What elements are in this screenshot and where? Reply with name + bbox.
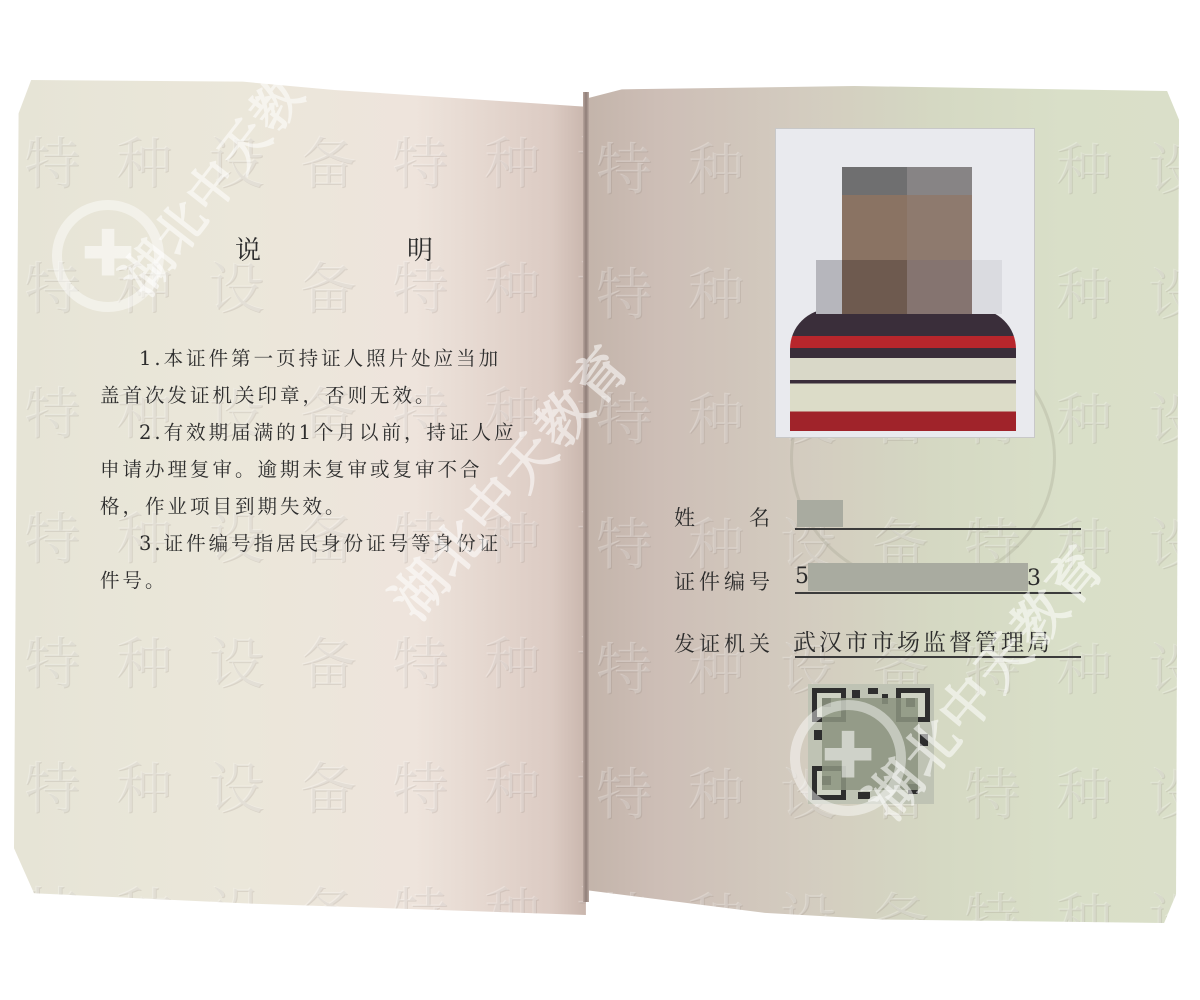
pattern-char: 种 [688,876,744,928]
pattern-char: 种 [688,251,744,331]
pattern-char: 设 [1148,251,1182,331]
name-field: 姓 名 [674,502,792,532]
pattern-char: 特 [964,876,1020,928]
pattern-char: 特 [392,745,448,825]
pattern-char: 种 [688,376,744,456]
page-title: 说 明 [235,230,493,267]
pattern-char: 特 [392,620,448,700]
pattern-char: 设 [1148,376,1182,456]
pattern-char: 特 [596,876,652,928]
pattern-char: 特 [596,751,652,831]
pattern-char: 种 [688,751,744,831]
pattern-char: 特 [24,870,80,915]
pattern-char: 特 [24,120,80,200]
pattern-char: 种 [688,126,744,206]
booklet-spine [583,92,589,902]
pattern-char: 设 [1148,876,1182,928]
pattern-char: 种 [1056,126,1112,206]
pattern-char: 种 [1056,376,1112,456]
pattern-char: 设 [1148,626,1182,706]
issuer-label: 发证机关 [674,628,792,658]
id-number-label: 证件编号 [674,566,792,596]
id-number-redaction [808,563,1028,591]
pattern-char: 种 [484,120,540,200]
pattern-char: 种 [116,870,172,915]
pattern-char: 设 [1148,751,1182,831]
pattern-char: 种 [484,870,540,915]
pattern-char: 备 [300,120,356,200]
pattern-char: 特 [24,495,80,575]
certificate-booklet: 特种设备特种设特种设备特种设特种设备特种设特种设备特种设特种设备特种设特种设备特… [0,0,1200,1000]
pattern-char: 特 [596,126,652,206]
pattern-char: 特 [596,251,652,331]
name-redaction [797,500,843,527]
pattern-char: 种 [484,620,540,700]
pattern-char: 种 [484,745,540,825]
id-number-field: 证件编号 [674,566,792,596]
pattern-char: 特 [392,870,448,915]
pattern-char: 种 [1056,251,1112,331]
pattern-char: 设 [1148,501,1182,581]
pattern-char: 特 [964,751,1020,831]
note-item: 1.本证件第一页持证人照片处应当加盖首次发证机关印章，否则无效。 [100,340,520,414]
pattern-char: 特 [596,501,652,581]
name-underline [795,528,1081,530]
face-mosaic [824,167,954,317]
pattern-char: 特 [24,370,80,450]
pattern-char: 特 [392,120,448,200]
pattern-char: 种 [116,620,172,700]
pattern-char: 设 [208,870,264,915]
pattern-char: 特 [596,626,652,706]
pattern-char: 备 [300,745,356,825]
pattern-char: 种 [1056,751,1112,831]
pattern-char: 特 [24,620,80,700]
pattern-char: 备 [872,876,928,928]
pattern-char: 设 [208,745,264,825]
pattern-char: 特 [24,745,80,825]
name-label: 姓 名 [674,502,792,532]
pattern-char: 设 [208,620,264,700]
pattern-char: 备 [300,870,356,915]
holder-photo [775,128,1035,438]
pattern-char: 备 [300,620,356,700]
pattern-char: 种 [1056,876,1112,928]
pattern-char: 种 [116,745,172,825]
pattern-char: 设 [780,876,836,928]
issuer-field: 发证机关 [674,628,792,658]
photo-shirt [790,309,1016,431]
pattern-char: 设 [1148,126,1182,206]
